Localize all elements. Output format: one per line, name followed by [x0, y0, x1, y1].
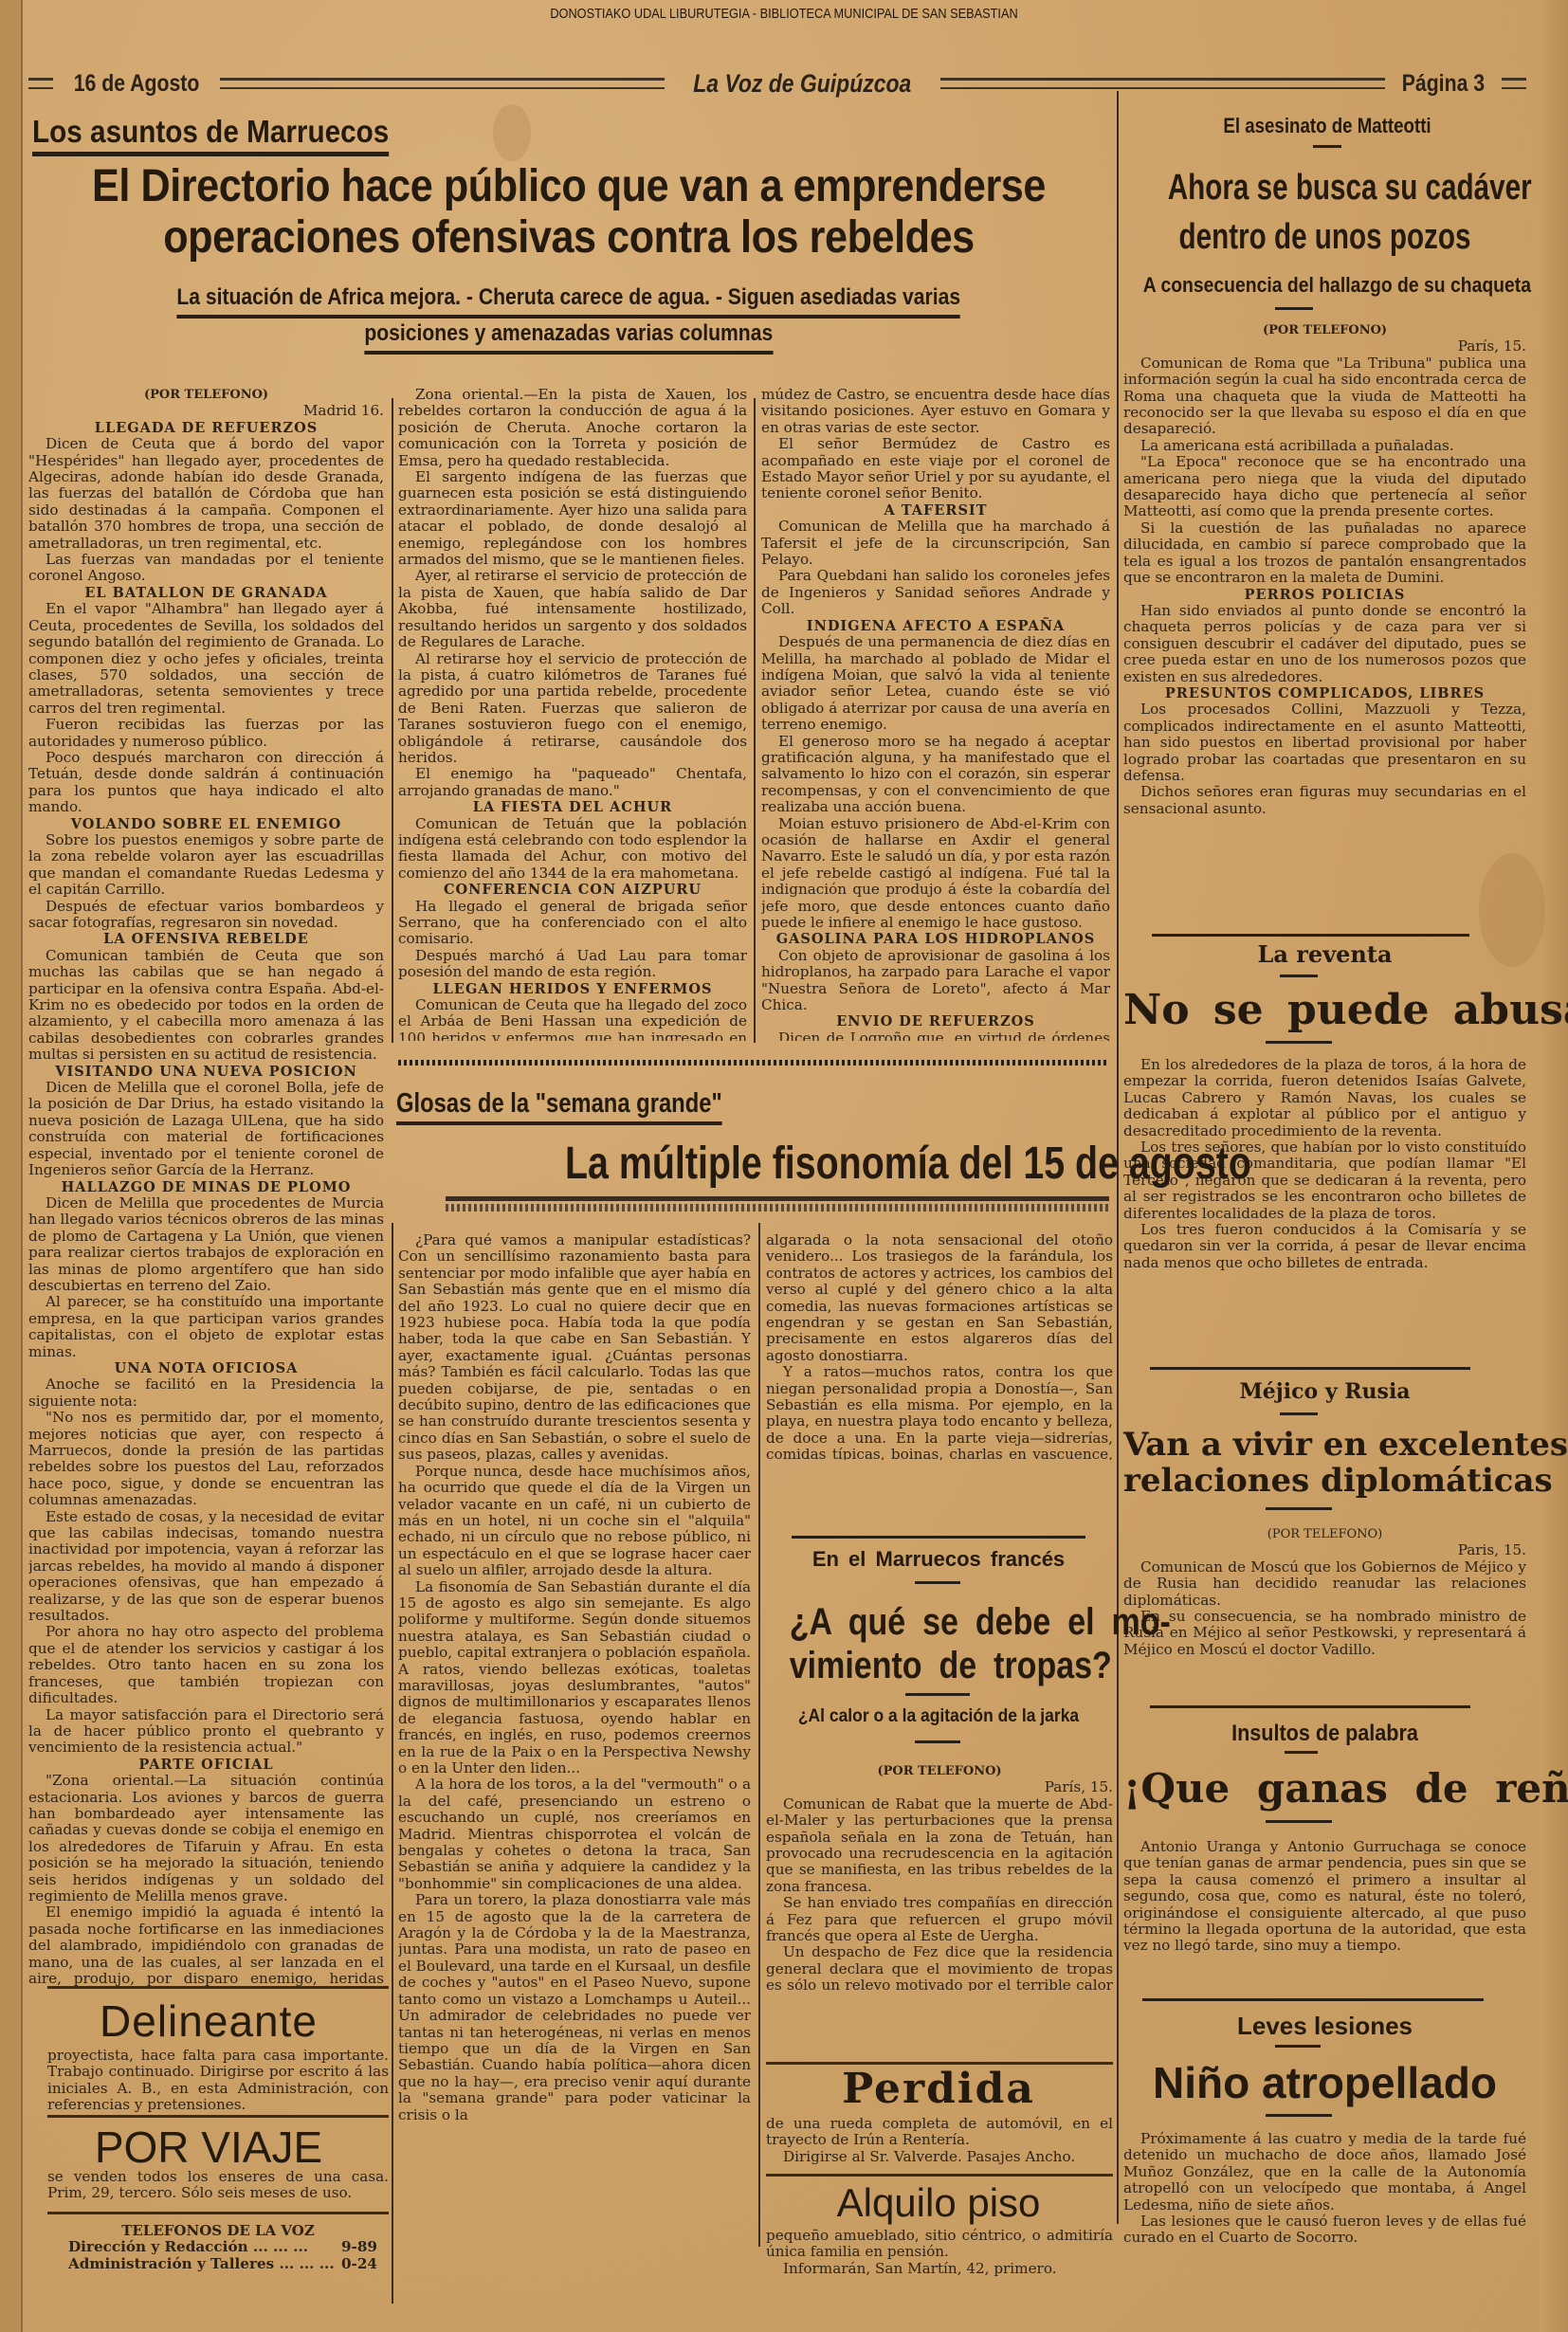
- byline: (POR TELEFONO): [28, 387, 384, 403]
- paragraph: "La Epoca" reconoce que se ha encontrado…: [1123, 454, 1526, 520]
- masthead: 16 de Agosto La Voz de Guipúzcoa Página …: [28, 66, 1526, 100]
- paragraph: A la hora de los toros, a la del "vermou…: [398, 1776, 751, 1892]
- kicker-mejico: Méjico y Rusia: [1123, 1379, 1526, 1404]
- headline-reventa: No se puede abusar: [1123, 986, 1526, 1034]
- paragraph: Al parecer, se ha constituído una import…: [28, 1294, 384, 1360]
- paragraph: Comunican también de Ceuta que son mucha…: [28, 948, 384, 1064]
- dateline: Madrid 16.: [28, 403, 384, 419]
- headline-marruecos-frances: ¿A qué se debe el mo- vimiento de tropas…: [763, 1600, 1114, 1687]
- subheading: GASOLINA PARA LOS HIDROPLANOS: [761, 931, 1110, 947]
- paragraph: Las fuerzas van mandadas por el teniente…: [28, 552, 384, 585]
- paragraph: La americana está acribillada a puñalada…: [1123, 438, 1526, 454]
- ad-por-viaje-title: POR VIAJE: [28, 2122, 389, 2173]
- telefono-row: Dirección y Redacción ... ... ... 9-89: [47, 2239, 389, 2255]
- kicker-marruecos-frances: En el Marruecos francés: [763, 1547, 1114, 1572]
- dateline: Paris, 15.: [1123, 1542, 1526, 1558]
- ad-text: se venden todos los enseres de una casa.…: [47, 2169, 389, 2202]
- telefono-number: 0-24: [341, 2256, 377, 2272]
- paragraph: "Zona oriental.—La situación continúa es…: [28, 1773, 384, 1904]
- paragraph: Comunican de Tetuán que la población ind…: [398, 816, 747, 883]
- telefonos-title: TELEFONOS DE LA VOZ: [47, 2223, 389, 2239]
- subhead-line-1: La situación de Africa mejora. - Cheruta…: [177, 282, 961, 319]
- article-glosas-col1: ¿Para qué vamos a manipular estadísticas…: [398, 1232, 751, 2299]
- subheading: LLEGAN HERIDOS Y ENFERMOS: [398, 981, 747, 997]
- column-rule: [758, 1223, 760, 2247]
- paragraph: Dichos señores eran figuras muy secundar…: [1123, 784, 1526, 817]
- section-title-marruecos: Los asuntos de Marruecos: [32, 114, 389, 156]
- kicker-insultos: Insultos de palabra: [1143, 1721, 1506, 1747]
- paragraph: Antonio Uranga y Antonio Gurruchaga se c…: [1123, 1839, 1526, 1955]
- subheading: VOLANDO SOBRE EL ENEMIGO: [28, 816, 384, 832]
- ad-text: de una rueda completa de automóvil, en e…: [766, 2116, 1113, 2149]
- paragraph: algarada o la nota sensacional del otoño…: [766, 1232, 1113, 1364]
- paragraph: En los alrededores de la plaza de toros,…: [1123, 1057, 1526, 1139]
- paragraph: Después de una permanencia de diez días …: [761, 634, 1110, 733]
- byline: (POR TELEFONO): [1123, 1526, 1526, 1542]
- dateline: París, 15.: [766, 1779, 1113, 1795]
- headline-glosas: La múltiple fisonomía del 15 de agosto: [565, 1138, 1109, 1190]
- page-right-edge: [1540, 0, 1568, 2332]
- paragraph: Después marchó á Uad Lau para tomar pose…: [398, 948, 747, 981]
- headline-line-1: Ahora se busca su cadáver: [1168, 163, 1483, 212]
- subheading: EL BATALLON DE GRANADA: [28, 585, 384, 601]
- headline-line-2: operaciones ofensivas contra los rebelde…: [74, 212, 1064, 264]
- paragraph: Próximamente á las cuatro y media de la …: [1123, 2131, 1526, 2214]
- subhead-line-2: posiciones y amenazadas varias columnas: [365, 319, 774, 355]
- headline-line-1: Van a vivir en excelentes: [1123, 1427, 1526, 1463]
- paragraph: En el vapor "Alhambra" han llegado ayer …: [28, 601, 384, 717]
- ad-alquilo-title: Alquilo piso: [763, 2180, 1114, 2226]
- paragraph: Este estado de cosas, y la necesidad de …: [28, 1509, 384, 1625]
- subheading: ENVIO DE REFUERZOS: [761, 1013, 1110, 1029]
- paragraph: "No nos es permitido dar, por el momento…: [28, 1410, 384, 1508]
- headline-directorio: El Directorio hace público que van a emp…: [19, 161, 1119, 264]
- ad-text: pequeño amueblado, sitio céntrico, o adm…: [766, 2228, 1113, 2261]
- paragraph: Con objeto de aprovisionar de gasolina á…: [761, 948, 1110, 1014]
- paragraph: Dicen de Melilla que procedentes de Murc…: [28, 1195, 384, 1294]
- dateline: París, 15.: [1123, 338, 1526, 355]
- wavy-separator: [398, 1060, 1109, 1066]
- ad-perdida-title: Perdida: [763, 2065, 1114, 2113]
- paragraph: El enemigo impidió la aguada é intentó l…: [28, 1904, 384, 1989]
- article-insultos: Antonio Uranga y Antonio Gurruchaga se c…: [1123, 1839, 1526, 1991]
- paragraph: Ayer, al retirarse el servicio de protec…: [398, 568, 747, 650]
- paragraph: Los tres fueron conducidos á la Comisarí…: [1123, 1222, 1526, 1271]
- paragraph: Comunican de Moscú que los Gobiernos de …: [1123, 1559, 1526, 1609]
- paragraph: Sobre los puestos enemigos y sobre parte…: [28, 832, 384, 899]
- headline-lesiones: Niño atropellado: [1123, 2057, 1526, 2108]
- paragraph: Al retirarse hoy el servicio de protecci…: [398, 651, 747, 767]
- ad-perdida-text: de una rueda completa de automóvil, en e…: [766, 2116, 1113, 2165]
- ad-contact: Informarán, San Martín, 42, primero.: [766, 2261, 1113, 2277]
- paragraph: Comunican de Ceuta que ha llegado del zo…: [398, 997, 747, 1041]
- subheading: CONFERENCIA CON AIZPURU: [398, 882, 747, 898]
- article-matteotti: (POR TELEFONO) París, 15. Comunican de R…: [1123, 322, 1526, 929]
- paragraph: Y a ratos—muchos ratos, contra los que n…: [766, 1364, 1113, 1460]
- subheading: PRESUNTOS COMPLICADOS, LIBRES: [1123, 685, 1526, 701]
- paragraph: Zona oriental.—En la pista de Xauen, los…: [398, 387, 747, 469]
- subheading: INDIGENA AFECTO A ESPAÑA: [761, 618, 1110, 634]
- column-rule: [392, 1223, 393, 2304]
- headline-insultos: ¡Que ganas de reñir!: [1123, 1765, 1526, 1812]
- paragraph: En su consecuencia, se ha nombrado minis…: [1123, 1609, 1526, 1658]
- subhead-matteotti: A consecuencia del hallazgo de su chaque…: [1143, 273, 1502, 298]
- kicker-reventa: La reventa: [1123, 940, 1526, 968]
- article-reventa: En los alrededores de la plaza de toros,…: [1123, 1057, 1526, 1341]
- ad-alquilo-text: pequeño amueblado, sitio céntrico, o adm…: [766, 2228, 1113, 2277]
- article-column-1: (POR TELEFONO) Madrid 16. LLEGADA DE REF…: [28, 387, 384, 1989]
- paragraph: Fueron recibidas las fuerzas por las aut…: [28, 717, 384, 750]
- paragraph: El sargento indígena de las fuerzas que …: [398, 469, 747, 568]
- paragraph: La mayor satisfacción para el Directorio…: [28, 1707, 384, 1757]
- paragraph: Anoche se facilitó en la Presidencia la …: [28, 1376, 384, 1410]
- paragraph: Dicen de Ceuta que á bordo del vapor "He…: [28, 436, 384, 552]
- telefono-label: Dirección y Redacción ... ... ...: [68, 2239, 308, 2255]
- article-lesiones: Próximamente á las cuatro y media de la …: [1123, 2131, 1526, 2321]
- subheading: PARTE OFICIAL: [28, 1757, 384, 1773]
- article-column-2: Zona oriental.—En la pista de Xauen, los…: [398, 387, 747, 1041]
- subhead-marruecos-frances: ¿Al calor o a la agitación de la jarka: [777, 1706, 1100, 1727]
- subheading: LA FIESTA DEL ACHUR: [398, 799, 747, 815]
- issue-date: 16 de Agosto: [74, 70, 200, 98]
- paragraph: Poco después marcharon con dirección á T…: [28, 750, 384, 816]
- paragraph: Comunican de Rabat que la muerte de Abd-…: [766, 1796, 1113, 1895]
- paragraph: Por ahora no hay otro aspecto del proble…: [28, 1624, 384, 1706]
- headline-line-2: vimiento de tropas?: [790, 1644, 1088, 1687]
- paragraph: El generoso moro se ha negado á aceptar …: [761, 734, 1110, 816]
- subheading: LLEGADA DE REFUERZOS: [28, 420, 384, 436]
- page-number: Página 3: [1402, 70, 1485, 98]
- headline-line-2: dentro de unos pozos: [1168, 212, 1483, 262]
- newspaper-name: La Voz de Guipúzcoa: [694, 69, 912, 99]
- ad-text: proyectista, hace falta para casa import…: [47, 2048, 389, 2114]
- paragraph: Moian estuvo prisionero de Abd-el-Krim c…: [761, 816, 1110, 932]
- paragraph: Si la cuestión de las puñaladas no apare…: [1123, 520, 1526, 587]
- paragraph: Porque nunca, desde hace muchísimos años…: [398, 1464, 751, 1579]
- headline-line-1: El Directorio hace público que van a emp…: [74, 161, 1064, 212]
- paragraph: El enemigo ha "paqueado" Chentafa, arroj…: [398, 766, 747, 799]
- column-rule: [754, 398, 756, 1043]
- telefono-number: 9-89: [341, 2239, 377, 2255]
- paragraph: ¿Para qué vamos a manipular estadísticas…: [398, 1232, 751, 1464]
- paragraph: El señor Bermúdez de Castro es acompañad…: [761, 436, 1110, 502]
- ad-delineante-text: proyectista, hace falta para casa import…: [47, 2048, 389, 2114]
- paragraph: Dicen de Melilla que el coronel Bolla, j…: [28, 1080, 384, 1178]
- headline-matteotti: Ahora se busca su cadáver dentro de unos…: [1123, 163, 1526, 262]
- paragraph: Ha llegado el general de brigada señor S…: [398, 899, 747, 948]
- ad-por-viaje-text: se venden todos los enseres de una casa.…: [47, 2169, 389, 2202]
- subheading: LA OFENSIVA REBELDE: [28, 931, 384, 947]
- archive-header: DONOSTIAKO UDAL LIBURUTEGIA - BIBLIOTECA…: [118, 6, 1450, 22]
- headline-line-1: ¿A qué se debe el mo-: [790, 1600, 1088, 1644]
- byline: (POR TELEFONO): [1123, 322, 1526, 338]
- paragraph: Para Quebdani han salido los coroneles j…: [761, 568, 1110, 617]
- paragraph: Los procesados Collini, Mazzuoli y Tezza…: [1123, 701, 1526, 784]
- article-column-3: múdez de Castro, se encuentra desde hace…: [761, 387, 1110, 1041]
- article-glosas-col2: algarada o la nota sensacional del otoño…: [766, 1232, 1113, 1460]
- kicker-lesiones: Leves lesiones: [1123, 2012, 1526, 2041]
- paragraph: Dicen de Logroño que, en virtud de órden…: [761, 1030, 1110, 1041]
- subheading: PERROS POLICIAS: [1123, 587, 1526, 603]
- column-rule: [392, 398, 393, 1043]
- paragraph: Comunican de Roma que "La Tribuna" publi…: [1123, 355, 1526, 438]
- telefonos-box: TELEFONOS DE LA VOZ Dirección y Redacció…: [47, 2223, 389, 2272]
- paragraph: Para un torero, la plaza donostiarra val…: [398, 1892, 751, 2123]
- headline-mejico: Van a vivir en excelentes relaciones dip…: [1123, 1427, 1526, 1499]
- subheading: HALLAZGO DE MINAS DE PLOMO: [28, 1179, 384, 1195]
- telefono-label: Administración y Talleres ... ... ...: [68, 2256, 335, 2272]
- paragraph: La fisonomía de San Sebastián durante el…: [398, 1579, 751, 1777]
- paragraph: Han sido enviados al punto donde se enco…: [1123, 603, 1526, 685]
- subheading: VISITANDO UNA NUEVA POSICION: [28, 1064, 384, 1080]
- paragraph: Comunican de Melilla que ha marchado á T…: [761, 519, 1110, 568]
- kicker-matteotti: El asesinato de Matteotti: [1158, 114, 1497, 138]
- article-mejico: (POR TELEFONO) Paris, 15. Comunican de M…: [1123, 1526, 1526, 1687]
- paragraph: Después de efectuar varios bombardeos y …: [28, 899, 384, 932]
- telefono-row: Administración y Talleres ... ... ... 0-…: [47, 2256, 389, 2272]
- section-title-glosas: Glosas de la "semana grande": [396, 1088, 722, 1125]
- subheading: A TAFERSIT: [761, 502, 1110, 519]
- headline-line-2: relaciones diplomáticas: [1123, 1463, 1526, 1499]
- subheadline-africa: La situación de Africa mejora. - Cheruta…: [19, 282, 1119, 355]
- paragraph: Un despacho de Fez dice que la residenci…: [766, 1944, 1113, 1991]
- paragraph: Se han enviado tres compañías en direcci…: [766, 1895, 1113, 1944]
- paragraph: múdez de Castro, se encuentra desde hace…: [761, 387, 1110, 436]
- subheading: UNA NOTA OFICIOSA: [28, 1360, 384, 1376]
- ad-contact: Dirigirse al Sr. Valverde. Pasajes Ancho…: [766, 2149, 1113, 2165]
- byline: (POR TELEFONO): [766, 1763, 1113, 1779]
- article-marruecos-frances: (POR TELEFONO) París, 15. Comunican de R…: [766, 1763, 1113, 1991]
- paragraph: Las lesiones que le causó fueron leves y…: [1123, 2214, 1526, 2247]
- ad-delineante-title: Delineante: [28, 1995, 389, 2047]
